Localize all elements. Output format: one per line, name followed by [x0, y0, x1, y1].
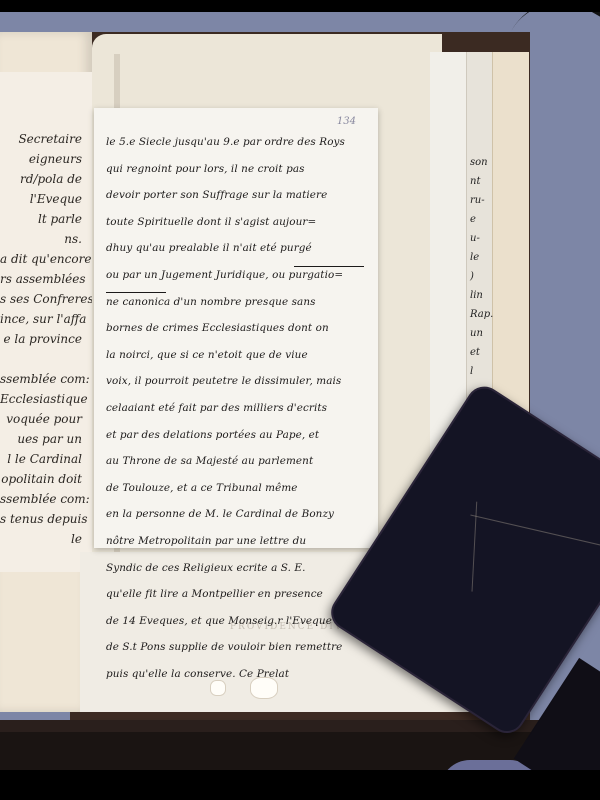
- bottom-letterbox-bar: [0, 770, 600, 800]
- manuscript-line: de S.t Pons supplie de vouloir bien reme…: [106, 641, 376, 668]
- strip-fragment: ): [470, 271, 492, 290]
- strip-fragment: le: [470, 252, 492, 271]
- strip-fragment: un: [470, 328, 492, 347]
- dark-book-cover: [340, 410, 600, 740]
- left-line: eigneurs: [0, 152, 92, 172]
- cover-scratch: [470, 515, 600, 550]
- right-strip-text: son nt ru- e u- le ) lin Rap. un et l: [470, 157, 492, 385]
- manuscript-line: au Throne de sa Majesté au parlement: [106, 455, 376, 482]
- strip-fragment: e: [470, 214, 492, 233]
- underline-stroke: [106, 292, 166, 293]
- manuscript-line: dhuy qu'au prealable il n'ait eté purgé: [106, 242, 376, 269]
- left-line: Secretaire: [0, 132, 92, 152]
- left-line: voquée pour: [0, 412, 92, 432]
- left-line: [0, 352, 92, 372]
- manuscript-line: ne canonica d'un nombre presque sans: [106, 296, 376, 323]
- left-line: ssemblée com:: [0, 372, 92, 392]
- strip-fragment: et: [470, 347, 492, 366]
- strip-fragment: lin: [470, 290, 492, 309]
- left-line: ssemblée com:: [0, 492, 92, 512]
- left-line: lt parle: [0, 212, 92, 232]
- photo-scene: son nt ru- e u- le ) lin Rap. un et l Se…: [0, 12, 600, 770]
- left-page-text: Secretaire eigneurs rd/pola de l'Eveque …: [0, 132, 92, 552]
- manuscript-line: qui regnoint pour lors, il ne croit pas: [106, 163, 376, 190]
- strip-fragment: son: [470, 157, 492, 176]
- strip-fragment: Rap.: [470, 309, 492, 328]
- strip-fragment: l: [470, 366, 492, 385]
- left-line: rd/pola de: [0, 172, 92, 192]
- folio-number: 134: [337, 116, 356, 127]
- left-line: opolitain doit: [0, 472, 92, 492]
- manuscript-line: bornes de crimes Ecclesiastiques dont on: [106, 322, 376, 349]
- left-line: e la province: [0, 332, 92, 352]
- manuscript-line: puis qu'elle la conserve. Ce Prelat: [106, 668, 376, 695]
- left-line: Ecclesiastique: [0, 392, 92, 412]
- manuscript-line: celaaiant eté fait par des milliers d'ec…: [106, 402, 376, 429]
- left-line: ues par un: [0, 432, 92, 452]
- manuscript-line: devoir porter son Suffrage sur la matier…: [106, 189, 376, 216]
- left-line: a dit qu'encore: [0, 252, 92, 272]
- left-line: ns.: [0, 232, 92, 252]
- left-line: ince, sur l'affa: [0, 312, 92, 332]
- cover-board: [324, 380, 600, 740]
- underline-stroke: [294, 266, 364, 267]
- strip-fragment: nt: [470, 176, 492, 195]
- manuscript-line: le 5.e Siecle jusqu'au 9.e par ordre des…: [106, 136, 376, 163]
- left-page: Secretaire eigneurs rd/pola de l'Eveque …: [0, 32, 92, 712]
- left-line: s tenus depuis: [0, 512, 92, 532]
- manuscript-line: et par des delations portées au Pape, et: [106, 429, 376, 456]
- strip-fragment: u-: [470, 233, 492, 252]
- top-letterbox-bar: [0, 0, 600, 12]
- manuscript-line: la noirci, que si ce n'etoit que de viue: [106, 349, 376, 376]
- left-line: l'Eveque: [0, 192, 92, 212]
- manuscript-line: de Toulouze, et a ce Tribunal même: [106, 482, 376, 509]
- left-line: le: [0, 532, 92, 552]
- left-line: l le Cardinal: [0, 452, 92, 472]
- manuscript-line: toute Spirituelle dont il s'agist aujour…: [106, 216, 376, 243]
- left-line: s ses Confreres: [0, 292, 92, 312]
- manuscript-line: en la personne de M. le Cardinal de Bonz…: [106, 508, 376, 535]
- manuscript-line: Syndic de ces Religieux ecrite a S. E.: [106, 562, 376, 589]
- strip-fragment: ru-: [470, 195, 492, 214]
- manuscript-line: voix, il pourroit peutetre le dissimuler…: [106, 375, 376, 402]
- manuscript-page: 134 le 5.e Siecle jusqu'au 9.e par ordre…: [94, 108, 378, 548]
- manuscript-line: nôtre Metropolitain par une lettre du: [106, 535, 376, 562]
- left-line: rs assemblées: [0, 272, 92, 292]
